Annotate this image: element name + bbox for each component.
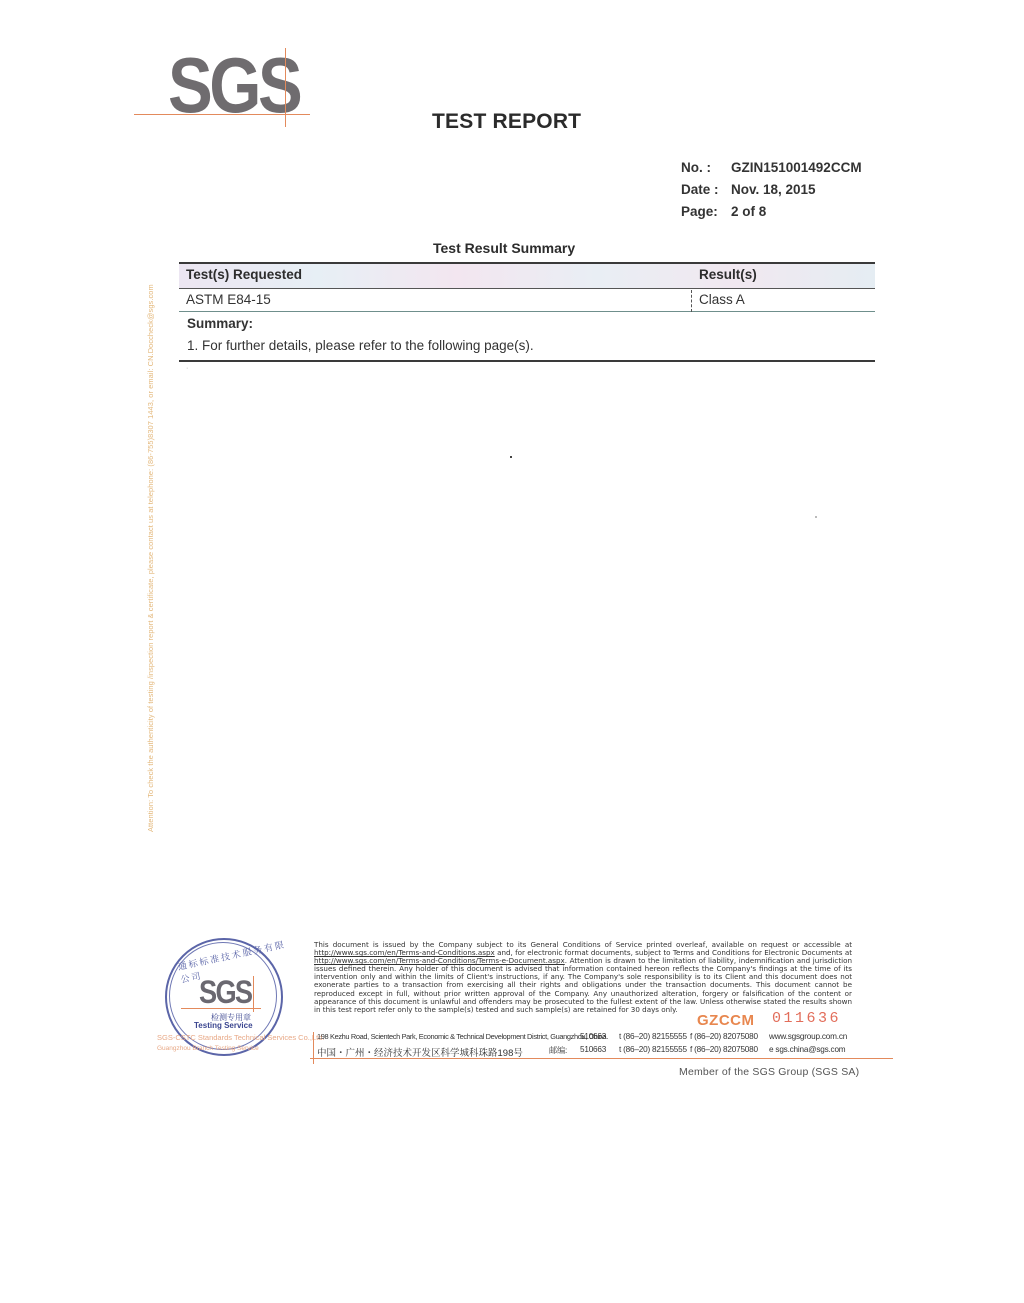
report-number-row: No. : GZIN151001492CCM	[681, 158, 862, 180]
serial-number: 011636	[772, 1010, 841, 1027]
result-summary-table: Test(s) Requested Result(s) ASTM E84-15 …	[179, 262, 875, 362]
stamp-logo-hrule	[181, 1008, 261, 1009]
header-results: Result(s)	[699, 267, 757, 282]
scan-mark: ·	[186, 365, 188, 372]
stamp-en-label: Testing Service	[194, 1021, 253, 1030]
table-bottom-rule	[179, 360, 875, 362]
test-name: ASTM E84-15	[186, 292, 271, 307]
member-statement: Member of the SGS Group (SGS SA)	[679, 1066, 859, 1078]
issuing-office-code: GZCCM	[697, 1012, 755, 1029]
company-seal-stamp: 通标标准技术服务有限公司 SGS 检测专用章 Testing Service S…	[161, 938, 293, 1058]
disclaimer-text-3: . Attention is drawn to the limitation o…	[314, 956, 852, 1014]
sgs-logo-text: SGS	[168, 50, 299, 120]
report-date-value: Nov. 18, 2015	[731, 180, 816, 202]
scan-speck	[815, 516, 817, 518]
address-english: 198 Kezhu Road, Scientech Park, Economic…	[317, 1032, 608, 1041]
report-number-value: GZIN151001492CCM	[731, 158, 862, 180]
report-meta: No. : GZIN151001492CCM Date : Nov. 18, 2…	[681, 158, 862, 224]
report-page-label: Page:	[681, 202, 731, 224]
postcode-cn: 510663	[580, 1045, 606, 1054]
logo-vertical-rule	[285, 48, 286, 127]
address-chinese: 中国・广州・经济技术开发区科学城科珠路198号	[317, 1045, 523, 1059]
stamp-company-line: SGS-CSTC Standards Technical Services Co…	[157, 1033, 324, 1042]
report-page-value: 2 of 8	[731, 202, 766, 224]
summary-label: Summary:	[179, 312, 875, 334]
stamp-sgs-logo: SGS	[199, 974, 251, 1011]
authenticity-side-note: Attention: To check the authenticity of …	[146, 172, 155, 832]
stamp-company-line-2: Guangzhou Branch Testing Service	[157, 1045, 259, 1052]
scan-speck	[510, 456, 512, 458]
test-result: Class A	[699, 292, 745, 307]
summary-title: Test Result Summary	[433, 240, 575, 256]
telephone-cn: t (86–20) 82155555	[619, 1045, 687, 1054]
legal-disclaimer: This document is issued by the Company s…	[314, 941, 852, 1014]
postcode-en: 510663	[580, 1032, 606, 1041]
postcode-label-cn: 邮编:	[549, 1045, 567, 1056]
stamp-logo-vrule	[253, 976, 254, 1012]
table-header: Test(s) Requested Result(s)	[179, 264, 875, 288]
report-number-label: No. :	[681, 158, 731, 180]
footer-rule	[310, 1058, 893, 1059]
column-divider	[691, 290, 692, 312]
report-date-row: Date : Nov. 18, 2015	[681, 180, 862, 202]
telephone-en: t (86–20) 82155555	[619, 1032, 687, 1041]
report-page-row: Page: 2 of 8	[681, 202, 862, 224]
fax-en: f (86–20) 82075080	[690, 1032, 758, 1041]
website-link[interactable]: www.sgsgroup.com.cn	[769, 1032, 847, 1041]
logo-horizontal-rule	[134, 114, 310, 115]
email-link[interactable]: e sgs.china@sgs.com	[769, 1045, 845, 1054]
report-title: TEST REPORT	[432, 110, 581, 134]
table-row: ASTM E84-15 Class A	[179, 289, 875, 311]
header-tests-requested: Test(s) Requested	[186, 267, 302, 282]
footer-vertical-rule	[313, 1032, 314, 1064]
summary-item: 1. For further details, please refer to …	[179, 334, 875, 358]
sgs-logo: SGS	[168, 50, 290, 120]
report-date-label: Date :	[681, 180, 731, 202]
fax-cn: f (86–20) 82075080	[690, 1045, 758, 1054]
